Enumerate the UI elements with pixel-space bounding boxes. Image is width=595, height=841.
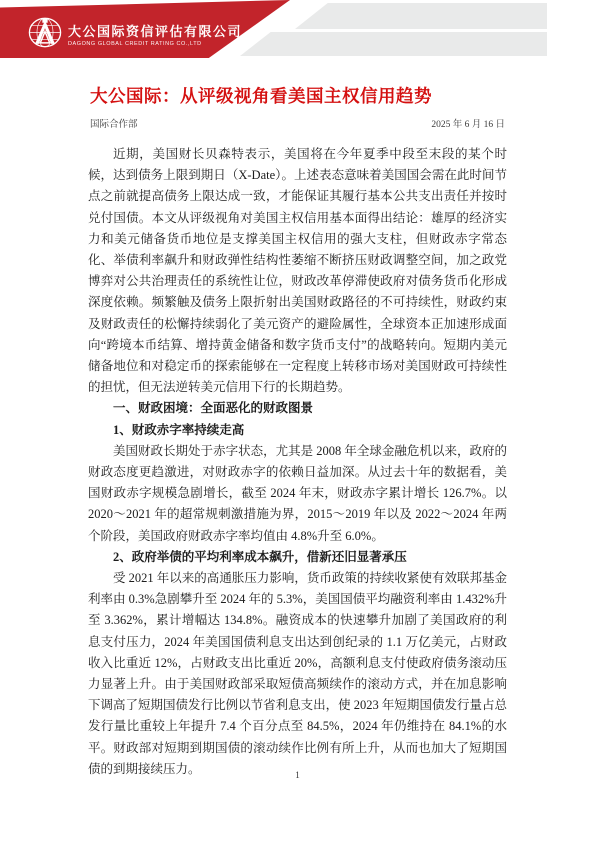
- article-body: 近期，美国财长贝森特表示，美国将在今年夏季中段至末段的某个时候，达到债务上限到期…: [88, 144, 507, 780]
- article-meta-row: 国际合作部 2025 年 6 月 16 日: [90, 116, 505, 130]
- header-gray-stripe-bottom: [240, 32, 547, 56]
- intro-paragraph: 近期，美国财长贝森特表示，美国将在今年夏季中段至末段的某个时候，达到债务上限到期…: [88, 144, 507, 398]
- subsection-heading-1-1: 1、财政赤字率持续走高: [88, 420, 507, 441]
- article-title: 大公国际：从评级视角看美国主权信用趋势: [90, 83, 510, 108]
- section-heading-1: 一、财政困境：全面恶化的财政图景: [88, 398, 507, 419]
- company-name-block: 大公国际资信评估有限公司 DAGONG GLOBAL CREDIT RATING…: [68, 24, 242, 47]
- deficit-paragraph: 美国财政长期处于赤字状态，尤其是 2008 年全球金融危机以来，政府的财政态度更…: [88, 441, 507, 547]
- subsection-heading-1-2: 2、政府举债的平均利率成本飙升，借新还旧显著承压: [88, 547, 507, 568]
- company-name-en: DAGONG GLOBAL CREDIT RATING CO.,LTD: [68, 41, 242, 47]
- dagong-emblem-icon: [28, 16, 62, 54]
- company-name-cn: 大公国际资信评估有限公司: [68, 24, 242, 39]
- document-page: 大公国际资信评估有限公司 DAGONG GLOBAL CREDIT RATING…: [0, 0, 595, 841]
- publish-date: 2025 年 6 月 16 日: [431, 116, 505, 130]
- page-number: 1: [0, 770, 595, 780]
- company-logo: 大公国际资信评估有限公司 DAGONG GLOBAL CREDIT RATING…: [28, 16, 242, 54]
- header-gray-stripe-top: [295, 3, 547, 29]
- department-label: 国际合作部: [90, 116, 138, 130]
- interest-cost-paragraph: 受 2021 年以来的高通胀压力影响，货币政策的持续收紧使有效联邦基金利率由 0…: [88, 568, 507, 780]
